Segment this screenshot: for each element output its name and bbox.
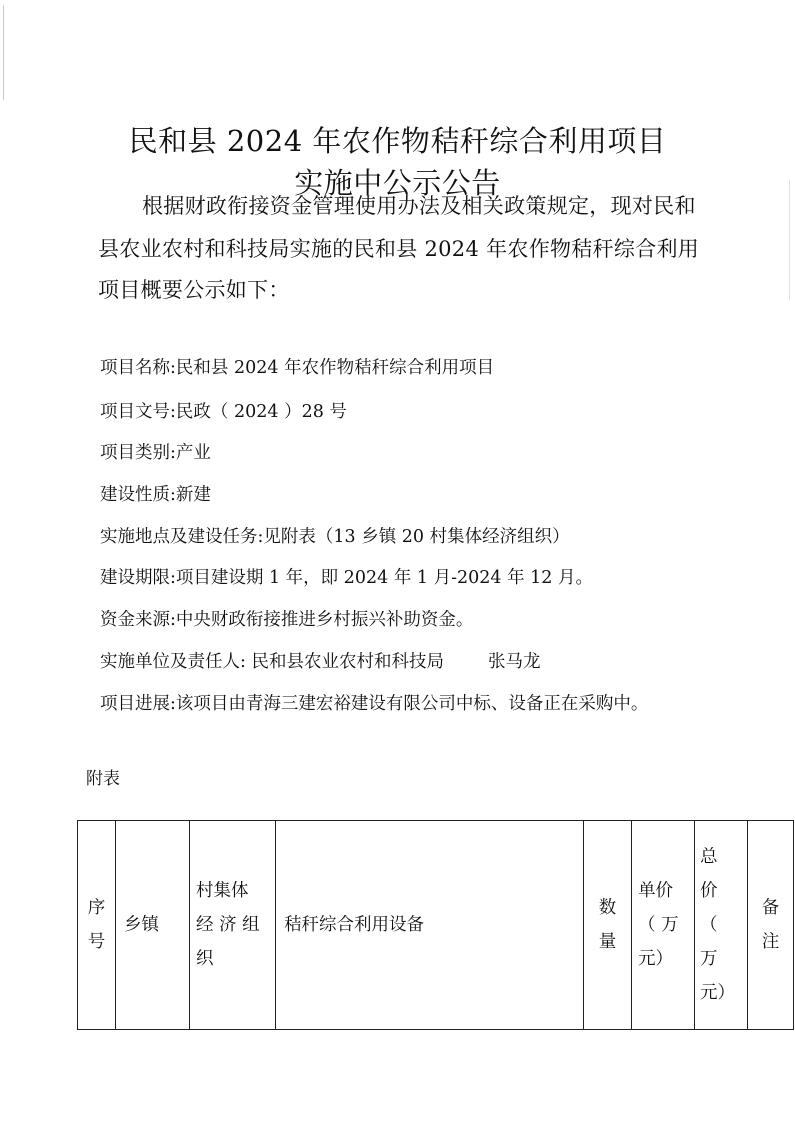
header-unit-price: 单价 （ 万 元） (632, 821, 695, 1030)
field-label: 实施地点及建设任务: (100, 527, 263, 547)
responsible-person: 张马龙 (488, 652, 541, 672)
header-seq: 序 号 (78, 821, 116, 1030)
field-label: 实施单位及责任人: (100, 652, 246, 672)
field-value: 民和县 2024 年农作物秸秆综合利用项目 (176, 358, 494, 378)
field-value: 新建 (176, 485, 211, 505)
document-title-line-1: 民和县 2024 年农作物秸秆综合利用项目 (0, 123, 795, 159)
header-town: 乡镇 (116, 821, 190, 1030)
header-total-price: 总 价 （ 万 元） (695, 821, 748, 1030)
header-note: 备 注 (748, 821, 794, 1030)
intro-paragraph-line-1: 根据财政衔接资金管理使用办法及相关政策规定，现对民和 (142, 192, 696, 220)
field-label: 建设性质: (100, 485, 176, 505)
field-value: 见附表（13 乡镇 20 村集体经济组织） (263, 527, 569, 547)
field-label: 项目进展: (100, 694, 176, 714)
field-implementing-unit: 实施单位及责任人: 民和县农业农村和科技局张马龙 (100, 650, 540, 674)
field-construction-period: 建设期限:项目建设期 1 年，即 2024 年 1 月-2024 年 12 月。 (100, 566, 593, 590)
intro-paragraph-line-3: 项目概要公示如下： (98, 276, 290, 304)
field-value: 项目建设期 1 年，即 2024 年 1 月-2024 年 12 月。 (176, 568, 593, 588)
field-project-progress: 项目进展:该项目由青海三建宏裕建设有限公司中标、设备正在采购中。 (100, 692, 648, 716)
field-value: 产业 (176, 443, 211, 463)
field-funding-source: 资金来源:中央财政衔接推进乡村振兴补助资金。 (100, 608, 473, 632)
field-label: 项目名称: (100, 358, 176, 378)
field-label: 项目类别: (100, 443, 176, 463)
header-village-org: 村集体 经 济 组 织 (190, 821, 276, 1030)
field-value: 民和县农业农村和科技局 (246, 652, 444, 672)
field-value: 民政（ 2024 ）28 号 (176, 402, 347, 422)
header-equipment: 秸秆综合利用设备 (276, 821, 584, 1030)
field-label: 项目文号: (100, 402, 176, 422)
annex-header-row: 序 号 乡镇 村集体 经 济 组 织 秸秆综合利用设备 数 量 单价 （ 万 元… (78, 821, 794, 1030)
field-project-name: 项目名称:民和县 2024 年农作物秸秆综合利用项目 (100, 356, 494, 380)
header-quantity: 数 量 (584, 821, 632, 1030)
field-label: 资金来源: (100, 610, 176, 630)
field-construction-nature: 建设性质:新建 (100, 483, 211, 507)
field-value: 中央财政衔接推进乡村振兴补助资金。 (176, 610, 474, 630)
intro-paragraph-line-2: 县农业农村和科技局实施的民和县 2024 年农作物秸秆综合利用 (98, 235, 699, 263)
field-location-and-tasks: 实施地点及建设任务:见附表（13 乡镇 20 村集体经济组织） (100, 525, 570, 549)
field-project-category: 项目类别:产业 (100, 441, 211, 465)
field-project-doc-number: 项目文号:民政（ 2024 ）28 号 (100, 400, 347, 424)
field-value: 该项目由青海三建宏裕建设有限公司中标、设备正在采购中。 (176, 694, 649, 714)
scan-edge-artifact (3, 5, 4, 100)
field-label: 建设期限: (100, 568, 176, 588)
annex-table: 序 号 乡镇 村集体 经 济 组 织 秸秆综合利用设备 数 量 单价 （ 万 元… (77, 820, 794, 1030)
annex-label: 附表 (86, 767, 120, 791)
